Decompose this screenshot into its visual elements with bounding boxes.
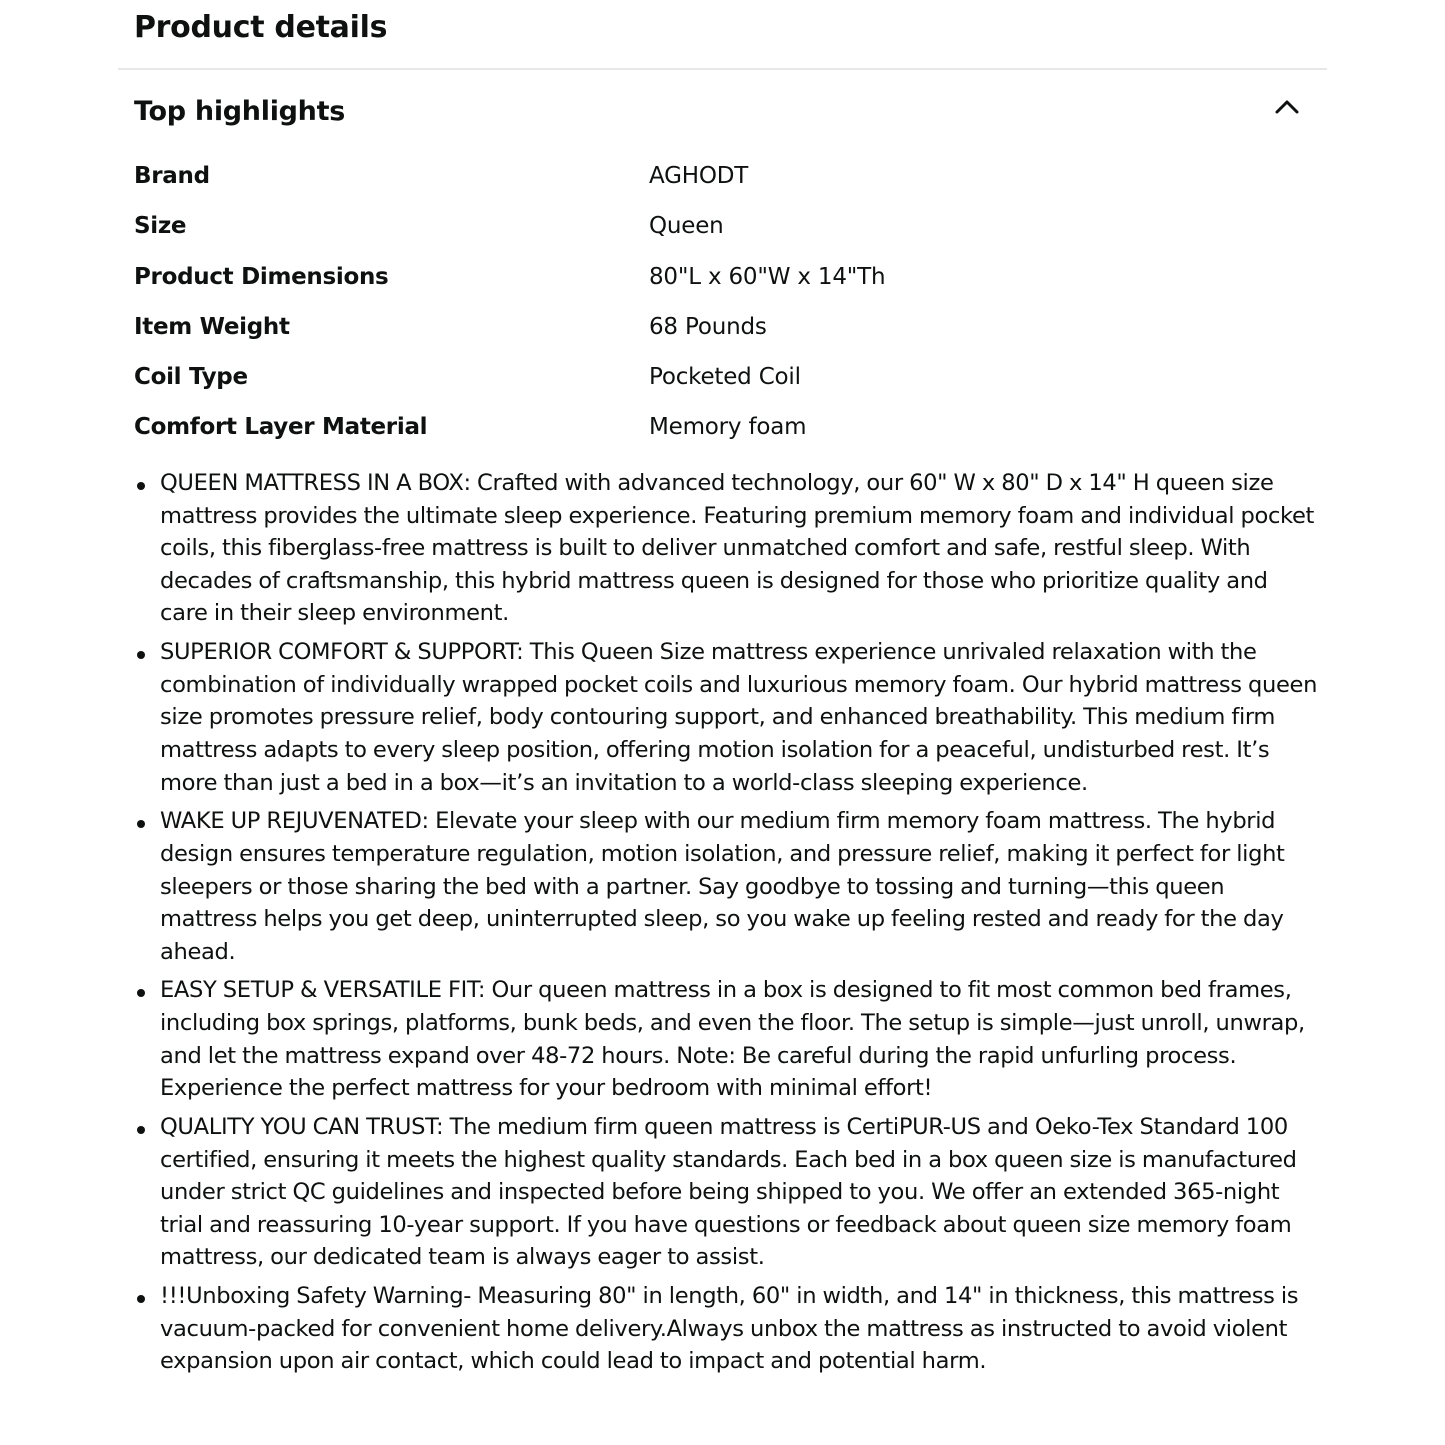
section-title: Product details bbox=[134, 8, 387, 48]
spec-label: Product Dimensions bbox=[134, 255, 649, 299]
spec-label: Comfort Layer Material bbox=[134, 405, 649, 449]
expander-title: Top highlights bbox=[134, 92, 345, 132]
bullet-item: WAKE UP REJUVENATED: Elevate your sleep … bbox=[134, 805, 1319, 968]
bullet-item: QUALITY YOU CAN TRUST: The medium firm q… bbox=[134, 1111, 1319, 1274]
bullet-item: QUEEN MATTRESS IN A BOX: Crafted with ad… bbox=[134, 467, 1319, 630]
spec-value: 80"L x 60"W x 14"Th bbox=[649, 255, 885, 299]
spec-label: Item Weight bbox=[134, 305, 649, 349]
spec-value: Memory foam bbox=[649, 405, 806, 449]
bullet-item: EASY SETUP & VERSATILE FIT: Our queen ma… bbox=[134, 974, 1319, 1104]
spec-value: 68 Pounds bbox=[649, 305, 767, 349]
spec-value: Queen bbox=[649, 204, 724, 248]
spec-row-size: Size Queen bbox=[134, 204, 1314, 254]
spec-row-dimensions: Product Dimensions 80"L x 60"W x 14"Th bbox=[134, 255, 1314, 305]
bullet-item: SUPERIOR COMFORT & SUPPORT: This Queen S… bbox=[134, 636, 1319, 799]
spec-value: AGHODT bbox=[649, 154, 748, 198]
feature-bullets: QUEEN MATTRESS IN A BOX: Crafted with ad… bbox=[134, 467, 1319, 1384]
spec-label: Size bbox=[134, 204, 649, 248]
top-highlights-expander[interactable]: Top highlights bbox=[134, 90, 1314, 136]
bullet-item: !!!Unboxing Safety Warning- Measuring 80… bbox=[134, 1280, 1319, 1378]
spec-row-coil-type: Coil Type Pocketed Coil bbox=[134, 355, 1314, 405]
chevron-up-icon[interactable] bbox=[1273, 96, 1301, 120]
section-divider bbox=[118, 68, 1327, 70]
product-details-page: Product details Top highlights Brand AGH… bbox=[0, 0, 1445, 1445]
spec-label: Coil Type bbox=[134, 355, 649, 399]
spec-label: Brand bbox=[134, 154, 649, 198]
specs-table: Brand AGHODT Size Queen Product Dimensio… bbox=[134, 154, 1314, 456]
spec-row-weight: Item Weight 68 Pounds bbox=[134, 305, 1314, 355]
spec-row-comfort-layer: Comfort Layer Material Memory foam bbox=[134, 405, 1314, 455]
spec-value: Pocketed Coil bbox=[649, 355, 801, 399]
spec-row-brand: Brand AGHODT bbox=[134, 154, 1314, 204]
